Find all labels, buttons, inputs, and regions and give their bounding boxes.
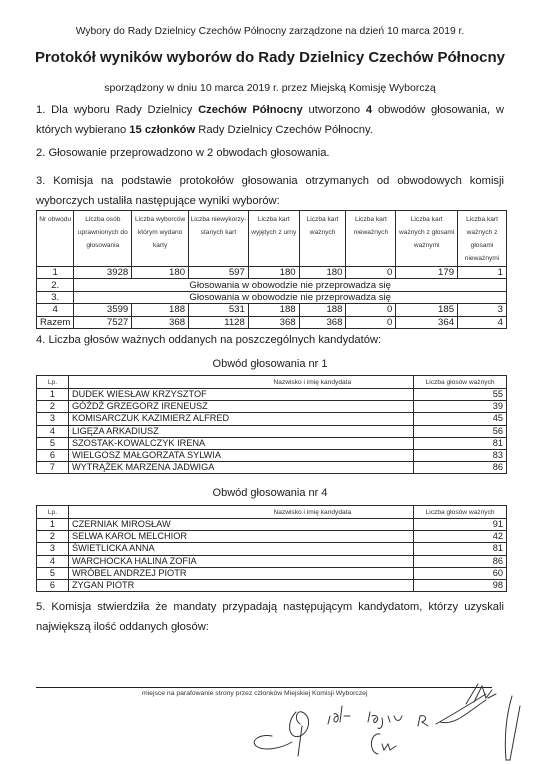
candidate-row: 4WARCHOCKA HALINA ZOFIA86: [37, 555, 507, 567]
cell-candidate-name: WRÓBEL ANDRZEJ PIOTR: [68, 567, 413, 579]
cell-lp: 2: [37, 531, 69, 543]
election-header-line: Wybory do Rady Dzielnicy Czechów Północn…: [0, 26, 540, 37]
cell-lp: 3: [37, 543, 69, 555]
cell-votes: 81: [414, 543, 507, 555]
cell-nr-obwodu: 2.: [37, 279, 74, 291]
p1-text-a: 1. Dla wyboru Rady Dzielnicy: [36, 104, 198, 116]
results-row: Razem7527368112836836803644: [37, 316, 507, 328]
results-row: 2.Głosowania w obowodzie nie przeprowadz…: [37, 279, 507, 291]
cell-lp: 2: [37, 401, 69, 413]
cell-candidate-name: ŚWIETLICKA ANNA: [68, 543, 413, 555]
header-wydano-karty: Liczba wyborców którym wydano karty: [132, 211, 189, 267]
cell-value: 7527: [74, 316, 132, 328]
cell-value: 180: [132, 267, 189, 279]
header-uprawnionych: Liczba osób uprawnionych do głosowania: [74, 211, 132, 267]
cell-lp: 4: [37, 425, 69, 437]
cell-lp: 5: [37, 437, 69, 449]
candidates-table-district-4: Lp. Nazwisko i imię kandydata Liczba gło…: [36, 505, 507, 592]
candidate-row: 1DUDEK WIESŁAW KRZYSZTOF55: [37, 389, 507, 401]
cell-lp: 6: [37, 449, 69, 461]
p1-district-name: Czechów Północny: [198, 104, 303, 116]
header-lp: Lp.: [37, 376, 69, 389]
cell-nr-obwodu: Razem: [37, 316, 74, 328]
header-votes: Liczba głosów ważnych: [414, 376, 507, 389]
cell-candidate-name: WARCHOCKA HALINA ZOFIA: [68, 555, 413, 567]
cell-value: 180: [299, 267, 346, 279]
cell-candidate-name: DUDEK WIESŁAW KRZYSZTOF: [68, 389, 413, 401]
cell-lp: 3: [37, 413, 69, 425]
header-name: Nazwisko i imię kandydata: [68, 376, 413, 389]
cell-value: 3: [458, 304, 507, 316]
district-4-title: Obwód głosowania nr 4: [0, 487, 540, 499]
results-row: 3.Głosowania w obowodzie nie przeprowadz…: [37, 291, 507, 303]
cell-candidate-name: WYTRĄŻEK MARZENA JADWIGA: [68, 462, 413, 474]
cell-votes: 56: [414, 425, 507, 437]
cell-lp: 5: [37, 567, 69, 579]
cell-candidate-name: GÓŹDŹ GRZEGORZ IRENEUSZ: [68, 401, 413, 413]
paragraph-4: 4. Liczba głosów ważnych oddanych na pos…: [36, 330, 504, 350]
cell-note: Głosowania w obowodzie nie przeprowadza …: [74, 279, 507, 291]
cell-votes: 86: [414, 555, 507, 567]
cell-value: 3928: [74, 267, 132, 279]
header-nr-obwodu: Nr obwodu: [37, 211, 74, 267]
candidate-row: 2GÓŹDŹ GRZEGORZ IRENEUSZ39: [37, 401, 507, 413]
cell-candidate-name: SZOSTAK-KOWALCZYK IRENA: [68, 437, 413, 449]
cell-value: 0: [346, 267, 396, 279]
p1-member-count: 15 członków: [129, 124, 195, 136]
header-votes: Liczba głosów ważnych: [414, 506, 507, 519]
cell-votes: 91: [414, 519, 507, 531]
document-title: Protokół wyników wyborów do Rady Dzielni…: [0, 49, 540, 66]
header-waznych: Liczba kart ważnych: [299, 211, 346, 267]
candidate-row: 7WYTRĄŻEK MARZENA JADWIGA86: [37, 462, 507, 474]
cell-votes: 55: [414, 389, 507, 401]
results-row: 1392818059718018001791: [37, 267, 507, 279]
cell-votes: 60: [414, 567, 507, 579]
candidate-row: 3KOMISARCZUK KAZIMIERZ ALFRED45: [37, 413, 507, 425]
cell-lp: 4: [37, 555, 69, 567]
cell-candidate-name: WIELGOSZ MAŁGORZATA SYLWIA: [68, 449, 413, 461]
cell-value: 1: [458, 267, 507, 279]
cell-nr-obwodu: 3.: [37, 291, 74, 303]
cell-votes: 86: [414, 462, 507, 474]
cell-nr-obwodu: 4: [37, 304, 74, 316]
cell-value: 4: [458, 316, 507, 328]
cell-votes: 42: [414, 531, 507, 543]
paragraph-1: 1. Dla wyboru Rady Dzielnicy Czechów Pół…: [36, 100, 504, 140]
cell-candidate-name: CZERNIAK MIROSŁAW: [68, 519, 413, 531]
header-niewaznych: Liczba kart nieważnych: [346, 211, 396, 267]
cell-value: 368: [299, 316, 346, 328]
candidates-header-row: Lp. Nazwisko i imię kandydata Liczba gło…: [37, 506, 507, 519]
cell-value: 188: [299, 304, 346, 316]
cell-value: 188: [248, 304, 299, 316]
candidate-row: 2SELWA KAROL MELCHIOR42: [37, 531, 507, 543]
cell-votes: 39: [414, 401, 507, 413]
candidate-row: 5SZOSTAK-KOWALCZYK IRENA81: [37, 437, 507, 449]
cell-votes: 98: [414, 579, 507, 591]
cell-value: 364: [396, 316, 458, 328]
header-lp: Lp.: [37, 506, 69, 519]
cell-value: 185: [396, 304, 458, 316]
candidate-row: 6WIELGOSZ MAŁGORZATA SYLWIA83: [37, 449, 507, 461]
candidate-row: 6ZYGAN PIOTR98: [37, 579, 507, 591]
results-header-row: Nr obwodu Liczba osób uprawnionych do gł…: [37, 211, 507, 267]
cell-note: Głosowania w obowodzie nie przeprowadza …: [74, 291, 507, 303]
cell-lp: 6: [37, 579, 69, 591]
cell-lp: 1: [37, 519, 69, 531]
cell-lp: 7: [37, 462, 69, 474]
header-glosy-niewazne: Liczba kart ważnych z głosami nieważnymi: [458, 211, 507, 267]
candidates-header-row: Lp. Nazwisko i imię kandydata Liczba gło…: [37, 376, 507, 389]
p1-text-c: utworzono: [303, 104, 366, 116]
cell-lp: 1: [37, 389, 69, 401]
paragraph-2: 2. Głosowanie przeprowadzono w 2 obwodac…: [36, 143, 504, 163]
cell-candidate-name: SELWA KAROL MELCHIOR: [68, 531, 413, 543]
candidate-row: 5WRÓBEL ANDRZEJ PIOTR60: [37, 567, 507, 579]
candidate-row: 4LIGĘZA ARKADIUSZ56: [37, 425, 507, 437]
cell-value: 3599: [74, 304, 132, 316]
cell-candidate-name: KOMISARCZUK KAZIMIERZ ALFRED: [68, 413, 413, 425]
header-name: Nazwisko i imię kandydata: [68, 506, 413, 519]
candidate-row: 1CZERNIAK MIROSŁAW91: [37, 519, 507, 531]
results-row: 4359918853118818801853: [37, 304, 507, 316]
cell-value: 0: [346, 304, 396, 316]
paragraph-3: 3. Komisja na podstawie protokołów głoso…: [36, 171, 504, 211]
candidate-row: 3ŚWIETLICKA ANNA81: [37, 543, 507, 555]
cell-votes: 81: [414, 437, 507, 449]
cell-value: 1128: [189, 316, 249, 328]
header-wyjetych: Liczba kart wyjętych z urny: [248, 211, 299, 267]
cell-candidate-name: LIGĘZA ARKADIUSZ: [68, 425, 413, 437]
cell-votes: 45: [414, 413, 507, 425]
cell-value: 188: [132, 304, 189, 316]
document-subtitle: sporządzony w dniu 10 marca 2019 r. prze…: [0, 82, 540, 94]
cell-value: 179: [396, 267, 458, 279]
paragraph-5: 5. Komisja stwierdziła że mandaty przypa…: [36, 597, 504, 637]
district-1-title: Obwód głosowania nr 1: [0, 358, 540, 370]
cell-value: 368: [248, 316, 299, 328]
cell-value: 180: [248, 267, 299, 279]
cell-nr-obwodu: 1: [37, 267, 74, 279]
cell-votes: 83: [414, 449, 507, 461]
handwritten-signatures-icon: [230, 676, 530, 764]
candidates-table-district-1: Lp. Nazwisko i imię kandydata Liczba gło…: [36, 375, 507, 474]
header-glosy-wazne: Liczba kart ważnych z głosami ważnymi: [396, 211, 458, 267]
header-niewykorzystanych: Liczba niewykorzy-stanych kart: [189, 211, 249, 267]
cell-candidate-name: ZYGAN PIOTR: [68, 579, 413, 591]
cell-value: 368: [132, 316, 189, 328]
p1-text-g: Rady Dzielnicy Czechów Północny.: [195, 124, 373, 136]
results-table: Nr obwodu Liczba osób uprawnionych do gł…: [36, 210, 507, 329]
cell-value: 597: [189, 267, 249, 279]
cell-value: 0: [346, 316, 396, 328]
cell-value: 531: [189, 304, 249, 316]
